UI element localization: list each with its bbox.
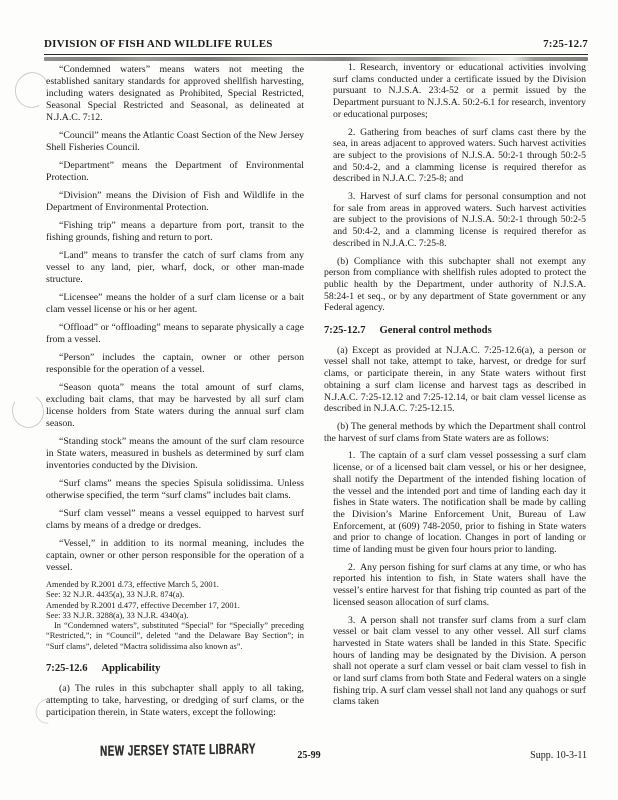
page-header: DIVISION OF FISH AND WILDLIFE RULES 7:25…	[44, 38, 588, 50]
supplement-date: Supp. 10-3-11	[530, 750, 587, 761]
document-page: DIVISION OF FISH AND WILDLIFE RULES 7:25…	[0, 0, 618, 800]
definition-person: “Person” includes the captain, owner or …	[46, 352, 304, 376]
amendment-note: In “Condemned waters”, substituted “Spec…	[46, 621, 304, 652]
definition-condemned-waters: “Condemned waters” means waters not meet…	[46, 64, 304, 124]
definition-fishing-trip: “Fishing trip” means a departure from po…	[46, 220, 304, 244]
section-number: 7:25-12.6	[46, 663, 88, 674]
definition-land: “Land” means to transfer the catch of su…	[46, 250, 304, 286]
section-number: 7:25-12.7	[324, 325, 366, 336]
definition-season-quota: “Season quota” means the total amount of…	[46, 382, 304, 430]
section-heading-general-control: 7:25-12.7General control methods	[324, 325, 586, 337]
section-title: General control methods	[380, 325, 492, 336]
header-title: DIVISION OF FISH AND WILDLIFE RULES	[44, 38, 273, 50]
definition-licensee: “Licensee” means the holder of a surf cl…	[46, 292, 304, 316]
definition-standing-stock: “Standing stock” means the amount of the…	[46, 436, 304, 472]
definition-council: “Council” means the Atlantic Coast Secti…	[46, 130, 304, 154]
general-control-para-b: (b) The general methods by which the Dep…	[324, 421, 586, 444]
amendment-line: See: 32 N.J.R. 4435(a), 33 N.J.R. 874(a)…	[46, 590, 304, 600]
method-item-2: 2. Any person fishing for surf clams at …	[333, 562, 586, 609]
amendment-line: Amended by R.2001 d.73, effective March …	[46, 580, 304, 590]
definition-surf-clam-vessel: “Surf clam vessel” means a vessel equipp…	[46, 508, 304, 532]
right-column: 1. Research, inventory or educational ac…	[324, 62, 586, 714]
applicability-para-a: (a) The rules in this subchapter shall a…	[46, 683, 304, 719]
compliance-para-b: (b) Compliance with this subchapter shal…	[324, 256, 586, 315]
section-heading-applicability: 7:25-12.6Applicability	[46, 663, 304, 675]
exception-item-1: 1. Research, inventory or educational ac…	[333, 62, 586, 121]
definition-vessel: “Vessel,” in addition to its normal mean…	[46, 538, 304, 574]
exception-item-2: 2. Gathering from beaches of surf clams …	[333, 127, 586, 186]
general-control-para-a: (a) Except as provided at N.J.A.C. 7:25-…	[324, 345, 586, 415]
amendment-line: Amended by R.2001 d.477, effective Decem…	[46, 601, 304, 611]
amendment-history: Amended by R.2001 d.73, effective March …	[46, 580, 304, 652]
amendment-line: See: 33 N.J.R. 3288(a), 33 N.J.R. 4340(a…	[46, 611, 304, 621]
page-number: 25-99	[0, 750, 618, 761]
definition-department: “Department” means the Department of Env…	[46, 160, 304, 184]
method-item-3: 3. A person shall not transfer surf clam…	[333, 615, 586, 709]
method-item-1: 1. The captain of a surf clam vessel pos…	[333, 450, 586, 555]
section-title: Applicability	[102, 663, 161, 674]
left-column: “Condemned waters” means waters not meet…	[46, 64, 304, 725]
definition-surf-clams: “Surf clams” means the species Spisula s…	[46, 478, 304, 502]
exception-item-3: 3. Harvest of surf clams for personal co…	[333, 191, 586, 250]
punch-hole-mark	[9, 391, 47, 431]
definition-offload: “Offload” or “offloading” means to separ…	[46, 322, 304, 346]
header-section-number: 7:25-12.7	[543, 38, 588, 50]
header-rule-smudge	[44, 57, 588, 61]
header-rule	[44, 54, 588, 55]
definition-division: “Division” means the Division of Fish an…	[46, 190, 304, 214]
